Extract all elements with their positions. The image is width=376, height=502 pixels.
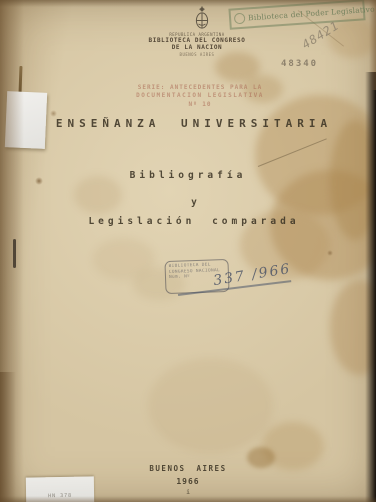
institution-name-line1: BIBLIOTECA DEL CONGRESO (127, 37, 267, 44)
library-header: REPUBLICA ARGENTINA BIBLIOTECA DEL CONGR… (127, 32, 267, 57)
imprint-city: BUENOS AIRES (0, 464, 376, 473)
institution-name-line2: DE LA NACION (127, 44, 267, 51)
page-edge-shadow (0, 496, 376, 502)
series-line2: DOCUMENTACION LEGISLATIVA (100, 92, 300, 99)
coat-of-arms-icon (193, 6, 211, 31)
institution-city-line: BUENOS AIRES (127, 52, 267, 57)
series-line1: SERIE: ANTECEDENTES PARA LA (100, 84, 300, 91)
page-edge-shadow (0, 372, 16, 502)
subtitle-line2: Legislación comparada (0, 216, 376, 227)
subtitle-line1: Bibliografía (0, 170, 376, 181)
page-edge-shadow (365, 72, 376, 502)
series-heading: SERIE: ANTECEDENTES PARA LA DOCUMENTACIO… (100, 84, 300, 108)
spot-mark (50, 110, 57, 117)
series-number: Nº 10 (100, 101, 300, 108)
stamp-seal-icon (234, 13, 246, 25)
page-edge-shadow (0, 0, 376, 7)
scanned-book-cover: REPUBLICA ARGENTINA BIBLIOTECA DEL CONGR… (0, 0, 376, 502)
stain-blob (148, 358, 273, 453)
page-title: ENSEÑANZA UNIVERSITARIA (0, 117, 376, 130)
spot-mark (35, 177, 43, 185)
stamped-number: 48340 (281, 59, 318, 69)
ownership-stamp-text: Biblioteca del Poder Legislativo (248, 5, 375, 23)
subtitle-connector: y (0, 197, 376, 208)
spot-mark (327, 250, 333, 256)
page-edge-shadow (369, 0, 376, 90)
stain-blob (74, 176, 122, 214)
